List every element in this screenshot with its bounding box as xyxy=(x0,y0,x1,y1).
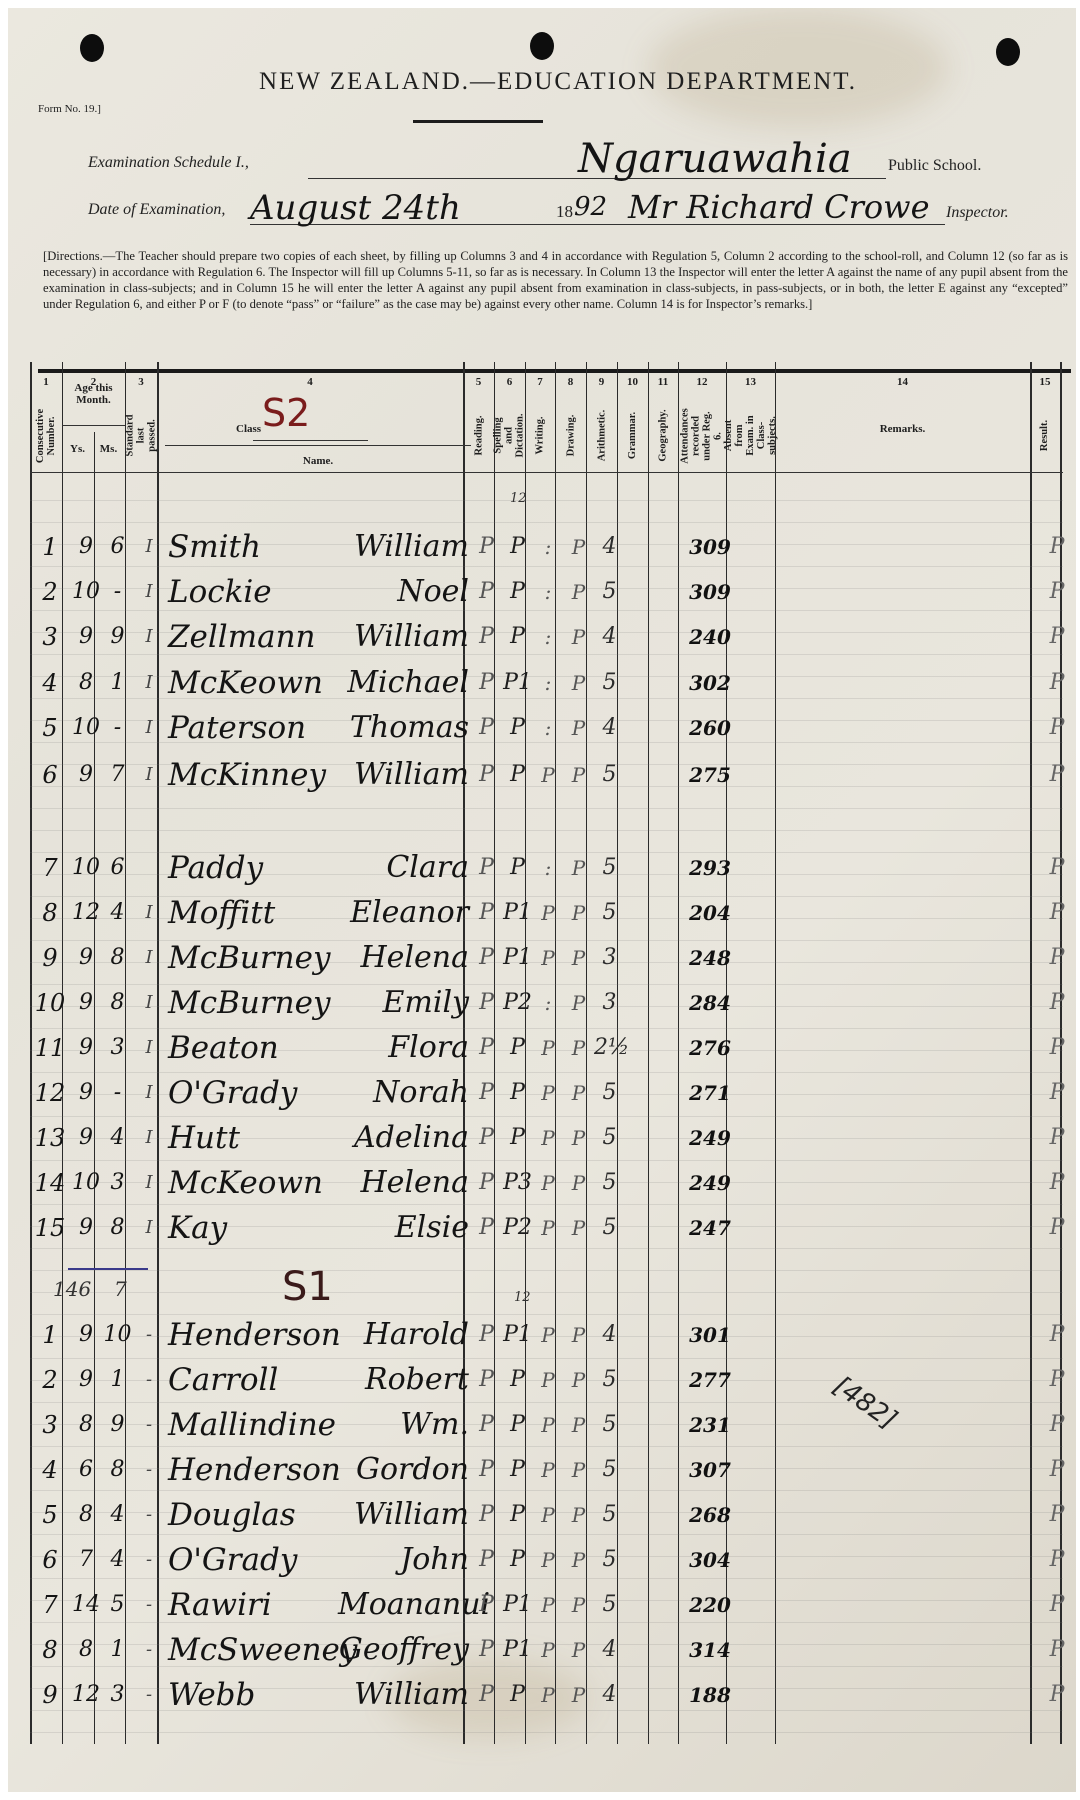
school-suffix: Public School. xyxy=(888,157,981,175)
table-row: 7145-RawiriMoananuiPP1PP5220P xyxy=(8,1585,1076,1625)
cell-surname: Hutt xyxy=(168,1118,348,1158)
cell-result: P xyxy=(1038,848,1076,888)
cell-arith: 5 xyxy=(594,1073,625,1113)
cell-spelling: P xyxy=(502,755,533,795)
cell-spelling: P xyxy=(502,708,533,748)
cell-attend: 293 xyxy=(686,848,734,888)
cell-attend: 260 xyxy=(686,708,734,748)
cell-first: William xyxy=(338,755,473,795)
ruled-line xyxy=(30,1270,1063,1271)
cell-result: P xyxy=(1038,1540,1076,1580)
cell-ys: 9 xyxy=(70,1118,102,1158)
years-subheader: Ys. xyxy=(62,443,93,455)
cell-result: P xyxy=(1038,1028,1076,1068)
cell-arith: 5 xyxy=(594,1208,625,1248)
cell-first: Robert xyxy=(338,1360,473,1400)
cell-spelling: P1 xyxy=(502,893,533,933)
ruled-line xyxy=(30,522,1063,523)
cell-arith: 4 xyxy=(594,617,625,657)
cell-ys: 12 xyxy=(70,1675,102,1715)
cell-spelling: P xyxy=(502,1450,533,1490)
cell-num: 2 xyxy=(30,1360,70,1400)
cell-spelling: P2 xyxy=(502,983,533,1023)
cell-first: William xyxy=(338,1675,473,1715)
cell-attend: 301 xyxy=(686,1315,734,1355)
cell-std: I xyxy=(133,1163,165,1203)
cell-reading: P xyxy=(471,527,502,567)
cell-result: P xyxy=(1038,1208,1076,1248)
cell-ms: 3 xyxy=(102,1163,133,1203)
directions-text: [Directions.—The Teacher should prepare … xyxy=(43,248,1068,312)
cell-writing: P xyxy=(533,1495,563,1535)
table-row: 1193IBeatonFloraPPPP2½276P xyxy=(8,1028,1076,1068)
cell-std: - xyxy=(133,1675,165,1715)
cell-arith: 5 xyxy=(594,1405,625,1445)
cell-std: - xyxy=(133,1360,165,1400)
cell-drawing: P xyxy=(563,1630,594,1670)
cell-num: 14 xyxy=(30,1163,70,1203)
punch-hole xyxy=(80,34,104,62)
column-number-13: 13 xyxy=(726,376,775,388)
cell-num: 5 xyxy=(30,708,70,748)
cell-reading: P xyxy=(471,1073,502,1113)
cell-spelling: P xyxy=(502,617,533,657)
cell-attend: 268 xyxy=(686,1495,734,1535)
cell-arith: 5 xyxy=(594,1540,625,1580)
cell-drawing: P xyxy=(563,1118,594,1158)
cell-spelling: P xyxy=(502,1028,533,1068)
table-row: 468-HendersonGordonPPPP5307P xyxy=(8,1450,1076,1490)
cell-ms: 1 xyxy=(102,1360,133,1400)
cell-num: 9 xyxy=(30,938,70,978)
cell-drawing: P xyxy=(563,755,594,795)
cell-std: - xyxy=(133,1540,165,1580)
cell-ys: 9 xyxy=(70,617,102,657)
cell-result: P xyxy=(1038,755,1076,795)
examination-schedule-sheet: Form No. 19.] NEW ZEALAND.—EDUCATION DEP… xyxy=(8,8,1076,1792)
cell-surname: McSweeney xyxy=(168,1630,348,1670)
ruled-line xyxy=(30,1732,1063,1733)
column-number-15: 15 xyxy=(1030,376,1060,388)
cell-arith: 4 xyxy=(594,527,625,567)
cell-result: P xyxy=(1038,1405,1076,1445)
cell-writing: P xyxy=(533,1208,563,1248)
cell-writing: P xyxy=(533,1073,563,1113)
cell-surname: Webb xyxy=(168,1675,348,1715)
cell-first: Emily xyxy=(338,983,473,1023)
cell-arith: 4 xyxy=(594,708,625,748)
cell-writing: : xyxy=(533,527,563,567)
cell-std: I xyxy=(133,708,165,748)
cell-drawing: P xyxy=(563,893,594,933)
cell-std: I xyxy=(133,527,165,567)
cell-ys: 8 xyxy=(70,1630,102,1670)
cell-num: 4 xyxy=(30,663,70,703)
cell-drawing: P xyxy=(563,1540,594,1580)
cell-std: I xyxy=(133,663,165,703)
column-number-8: 8 xyxy=(555,376,586,388)
year-prefix: 18 xyxy=(556,202,573,222)
form-number: Form No. 19.] xyxy=(38,103,101,115)
cell-ys: 6 xyxy=(70,1450,102,1490)
table-row: 674-O'GradyJohnPPPP5304P xyxy=(8,1540,1076,1580)
column-number-4: 4 xyxy=(157,376,463,388)
cell-drawing: P xyxy=(563,938,594,978)
cell-ys: 10 xyxy=(70,1163,102,1203)
cell-result: P xyxy=(1038,1495,1076,1535)
cell-surname: Zellmann xyxy=(168,617,348,657)
table-row: 697IMcKinneyWilliamPPPP5275P xyxy=(8,755,1076,795)
cell-reading: P xyxy=(471,893,502,933)
ruled-line xyxy=(30,1116,1063,1117)
cell-result: P xyxy=(1038,1360,1076,1400)
column-label-10: Grammar. xyxy=(617,393,648,478)
cell-std: I xyxy=(133,1073,165,1113)
cell-first: John xyxy=(338,1540,473,1580)
cell-attend: 271 xyxy=(686,1073,734,1113)
cell-arith: 5 xyxy=(594,1495,625,1535)
cell-attend: 309 xyxy=(686,572,734,612)
cell-spelling: P1 xyxy=(502,1630,533,1670)
cell-writing: P xyxy=(533,1540,563,1580)
cell-std: I xyxy=(133,893,165,933)
cell-writing: P xyxy=(533,1028,563,1068)
cell-ys: 9 xyxy=(70,1208,102,1248)
cell-arith: 4 xyxy=(594,1630,625,1670)
cell-surname: O'Grady xyxy=(168,1073,348,1113)
class-s1-label: S1 xyxy=(282,1264,333,1310)
cell-surname: Douglas xyxy=(168,1495,348,1535)
punch-hole xyxy=(530,32,554,60)
cell-spelling: P xyxy=(502,1540,533,1580)
table-row: 389-MallindineWm.PPPP5231P xyxy=(8,1405,1076,1445)
column-number-10: 10 xyxy=(617,376,648,388)
cell-ys: 10 xyxy=(70,572,102,612)
cell-writing: P xyxy=(533,1405,563,1445)
class-fill-line xyxy=(253,440,368,441)
cell-std: - xyxy=(133,1585,165,1625)
cell-attend: 304 xyxy=(686,1540,734,1580)
table-row: 1394IHuttAdelinaPPPP5249P xyxy=(8,1118,1076,1158)
cell-first: Adelina xyxy=(338,1118,473,1158)
table-row: 14103IMcKeownHelenaPP3PP5249P xyxy=(8,1163,1076,1203)
cell-reading: P xyxy=(471,1540,502,1580)
cell-result: P xyxy=(1038,1073,1076,1113)
cell-surname: Carroll xyxy=(168,1360,348,1400)
column-number-9: 9 xyxy=(586,376,617,388)
column-label-7: Writing. xyxy=(525,393,555,478)
cell-ms: 7 xyxy=(102,755,133,795)
cell-writing: P xyxy=(533,1585,563,1625)
cell-arith: 5 xyxy=(594,1118,625,1158)
ruled-line xyxy=(30,1402,1063,1403)
page-title: NEW ZEALAND.—EDUCATION DEPARTMENT. xyxy=(168,68,948,96)
cell-reading: P xyxy=(471,1118,502,1158)
cell-arith: 2½ xyxy=(594,1028,625,1068)
column-number-7: 7 xyxy=(525,376,555,388)
table-row: 510-IPatersonThomasPP:P4260P xyxy=(8,708,1076,748)
cell-ys: 8 xyxy=(70,1405,102,1445)
cell-writing: : xyxy=(533,848,563,888)
cell-arith: 5 xyxy=(594,848,625,888)
cell-result: P xyxy=(1038,1315,1076,1355)
cell-arith: 4 xyxy=(594,1675,625,1715)
cell-reading: P xyxy=(471,848,502,888)
cell-arith: 5 xyxy=(594,1360,625,1400)
cell-result: P xyxy=(1038,938,1076,978)
ruled-line xyxy=(30,1358,1063,1359)
table-row: 399IZellmannWilliamPP:P4240P xyxy=(8,617,1076,657)
cell-reading: P xyxy=(471,983,502,1023)
age-total-months: 7 xyxy=(114,1277,127,1301)
column-label-1: Consecutive Number. xyxy=(30,393,62,478)
schedule-label: Examination Schedule I., xyxy=(88,154,249,172)
remarks-column-label: Remarks. xyxy=(775,423,1030,435)
school-name: Ngaruawahia xyxy=(578,136,852,182)
cell-result: P xyxy=(1038,983,1076,1023)
cell-reading: P xyxy=(471,1028,502,1068)
title-divider xyxy=(413,120,543,123)
cell-writing: P xyxy=(533,1675,563,1715)
cell-reading: P xyxy=(471,617,502,657)
cell-reading: P xyxy=(471,1450,502,1490)
cell-num: 9 xyxy=(30,1675,70,1715)
cell-ms: 8 xyxy=(102,983,133,1023)
spelling-note-s1: 12 xyxy=(514,1290,531,1305)
cell-spelling: P xyxy=(502,572,533,612)
cell-surname: Lockie xyxy=(168,572,348,612)
cell-surname: McKeown xyxy=(168,1163,348,1203)
exam-date: August 24th xyxy=(250,188,461,228)
cell-surname: McBurney xyxy=(168,983,348,1023)
cell-surname: Beaton xyxy=(168,1028,348,1068)
cell-attend: 309 xyxy=(686,527,734,567)
cell-ys: 9 xyxy=(70,1360,102,1400)
cell-attend: 240 xyxy=(686,617,734,657)
cell-ms: 4 xyxy=(102,1495,133,1535)
cell-spelling: P xyxy=(502,1118,533,1158)
cell-result: P xyxy=(1038,708,1076,748)
cell-first: Norah xyxy=(338,1073,473,1113)
cell-writing: : xyxy=(533,663,563,703)
cell-writing: P xyxy=(533,755,563,795)
cell-ms: 4 xyxy=(102,893,133,933)
exam-year: 92 xyxy=(574,192,607,222)
cell-num: 13 xyxy=(30,1118,70,1158)
cell-spelling: P1 xyxy=(502,1315,533,1355)
cell-attend: 249 xyxy=(686,1163,734,1203)
cell-surname: McBurney xyxy=(168,938,348,978)
cell-writing: P xyxy=(533,1315,563,1355)
cell-first: Harold xyxy=(338,1315,473,1355)
column-label-3: Standard last passed. xyxy=(125,393,157,478)
cell-num: 12 xyxy=(30,1073,70,1113)
cell-first: Michael xyxy=(338,663,473,703)
cell-num: 8 xyxy=(30,1630,70,1670)
cell-arith: 5 xyxy=(594,663,625,703)
cell-surname: Mallindine xyxy=(168,1405,348,1445)
cell-first: Eleanor xyxy=(338,893,473,933)
cell-ms: 9 xyxy=(102,1405,133,1445)
cell-attend: 302 xyxy=(686,663,734,703)
cell-num: 5 xyxy=(30,1495,70,1535)
ruled-line xyxy=(30,1248,1063,1249)
cell-num: 1 xyxy=(30,1315,70,1355)
cell-drawing: P xyxy=(563,1450,594,1490)
inspector-name: Mr Richard Crowe xyxy=(628,188,930,226)
table-row: 1098IMcBurneyEmilyPP2:P3284P xyxy=(8,983,1076,1023)
cell-surname: Paterson xyxy=(168,708,348,748)
cell-arith: 5 xyxy=(594,893,625,933)
column-label-6: Spelling and Dictation. xyxy=(494,393,525,478)
cell-num: 11 xyxy=(30,1028,70,1068)
cell-arith: 5 xyxy=(594,1585,625,1625)
cell-surname: Smith xyxy=(168,527,348,567)
cell-spelling: P1 xyxy=(502,663,533,703)
cell-surname: Henderson xyxy=(168,1315,348,1355)
cell-result: P xyxy=(1038,1630,1076,1670)
table-row: 9123-WebbWilliamPPPP4188P xyxy=(8,1675,1076,1715)
cell-ys: 12 xyxy=(70,893,102,933)
name-header-divider xyxy=(165,445,471,446)
ruled-line xyxy=(30,1292,1063,1293)
cell-attend: 276 xyxy=(686,1028,734,1068)
cell-attend: 204 xyxy=(686,893,734,933)
cell-num: 8 xyxy=(30,893,70,933)
cell-ms: - xyxy=(102,572,133,612)
column-number-3: 3 xyxy=(125,376,157,388)
name-column-label: Name. xyxy=(165,455,471,467)
cell-spelling: P1 xyxy=(502,1585,533,1625)
class-label: Class xyxy=(236,423,261,435)
cell-drawing: P xyxy=(563,1028,594,1068)
cell-first: Elsie xyxy=(338,1208,473,1248)
cell-ys: 9 xyxy=(70,938,102,978)
cell-reading: P xyxy=(471,1405,502,1445)
cell-ms: 4 xyxy=(102,1118,133,1158)
cell-ms: 9 xyxy=(102,617,133,657)
column-number-11: 11 xyxy=(648,376,678,388)
age-column-label: Age this Month. xyxy=(62,382,125,406)
cell-reading: P xyxy=(471,663,502,703)
cell-std: I xyxy=(133,572,165,612)
cell-num: 3 xyxy=(30,617,70,657)
cell-num: 4 xyxy=(30,1450,70,1490)
cell-spelling: P2 xyxy=(502,1208,533,1248)
cell-ys: 14 xyxy=(70,1585,102,1625)
cell-ms: 4 xyxy=(102,1540,133,1580)
cell-reading: P xyxy=(471,1163,502,1203)
table-row: 8124IMoffittEleanorPP1PP5204P xyxy=(8,893,1076,933)
cell-result: P xyxy=(1038,1118,1076,1158)
cell-attend: 231 xyxy=(686,1405,734,1445)
cell-spelling: P xyxy=(502,1360,533,1400)
cell-first: Moananui xyxy=(338,1585,473,1625)
cell-result: P xyxy=(1038,1450,1076,1490)
cell-reading: P xyxy=(471,755,502,795)
cell-result: P xyxy=(1038,1163,1076,1203)
cell-std: I xyxy=(133,1208,165,1248)
cell-drawing: P xyxy=(563,1073,594,1113)
column-number-6: 6 xyxy=(494,376,525,388)
cell-ys: 9 xyxy=(70,1028,102,1068)
cell-spelling: P xyxy=(502,1073,533,1113)
cell-arith: 5 xyxy=(594,755,625,795)
cell-writing: P xyxy=(533,1163,563,1203)
cell-writing: P xyxy=(533,1360,563,1400)
cell-attend: 247 xyxy=(686,1208,734,1248)
table-row: 210-ILockieNoelPP:P5309P xyxy=(8,572,1076,612)
cell-surname: Paddy xyxy=(168,848,348,888)
ruled-line xyxy=(30,1490,1063,1491)
cell-num: 15 xyxy=(30,1208,70,1248)
table-row: 291-CarrollRobertPPPP5277P xyxy=(8,1360,1076,1400)
cell-surname: Moffitt xyxy=(168,893,348,933)
cell-writing: : xyxy=(533,983,563,1023)
cell-reading: P xyxy=(471,1315,502,1355)
cell-first: Thomas xyxy=(338,708,473,748)
cell-attend: 220 xyxy=(686,1585,734,1625)
cell-num: 1 xyxy=(30,527,70,567)
table-row: 584-DouglasWilliamPPPP5268P xyxy=(8,1495,1076,1535)
cell-drawing: P xyxy=(563,848,594,888)
cell-reading: P xyxy=(471,1585,502,1625)
cell-ms: 3 xyxy=(102,1028,133,1068)
cell-reading: P xyxy=(471,1675,502,1715)
ruled-line xyxy=(30,808,1063,809)
cell-ys: 8 xyxy=(70,663,102,703)
cell-drawing: P xyxy=(563,1495,594,1535)
cell-arith: 5 xyxy=(594,572,625,612)
cell-first: Wm. xyxy=(338,1405,473,1445)
cell-reading: P xyxy=(471,1495,502,1535)
cell-first: William xyxy=(338,617,473,657)
cell-drawing: P xyxy=(563,1360,594,1400)
cell-first: Gordon xyxy=(338,1450,473,1490)
cell-spelling: P3 xyxy=(502,1163,533,1203)
cell-ms: 1 xyxy=(102,1630,133,1670)
cell-std: I xyxy=(133,1118,165,1158)
cell-result: P xyxy=(1038,663,1076,703)
cell-drawing: P xyxy=(563,1675,594,1715)
cell-std: I xyxy=(133,755,165,795)
cell-surname: McKinney xyxy=(168,755,348,795)
cell-num: 6 xyxy=(30,755,70,795)
cell-std: - xyxy=(133,1495,165,1535)
cell-arith: 3 xyxy=(594,983,625,1023)
cell-reading: P xyxy=(471,708,502,748)
cell-drawing: P xyxy=(563,617,594,657)
class-value: S2 xyxy=(262,391,310,435)
column-label-8: Drawing. xyxy=(555,393,586,478)
cell-arith: 5 xyxy=(594,1163,625,1203)
cell-spelling: P1 xyxy=(502,938,533,978)
column-label-13: Absent from Exam. in Class-subjects. xyxy=(726,393,775,478)
age-subheader-rule xyxy=(62,425,125,426)
cell-ms: 1 xyxy=(102,663,133,703)
cell-std: - xyxy=(133,1315,165,1355)
cell-first: William xyxy=(338,1495,473,1535)
table-row: 481IMcKeownMichaelPP1:P5302P xyxy=(8,663,1076,703)
cell-arith: 3 xyxy=(594,938,625,978)
cell-drawing: P xyxy=(563,1405,594,1445)
cell-writing: : xyxy=(533,572,563,612)
cell-spelling: P xyxy=(502,1675,533,1715)
cell-ys: 9 xyxy=(70,1073,102,1113)
cell-writing: P xyxy=(533,1118,563,1158)
cell-drawing: P xyxy=(563,1163,594,1203)
cell-writing: P xyxy=(533,1450,563,1490)
